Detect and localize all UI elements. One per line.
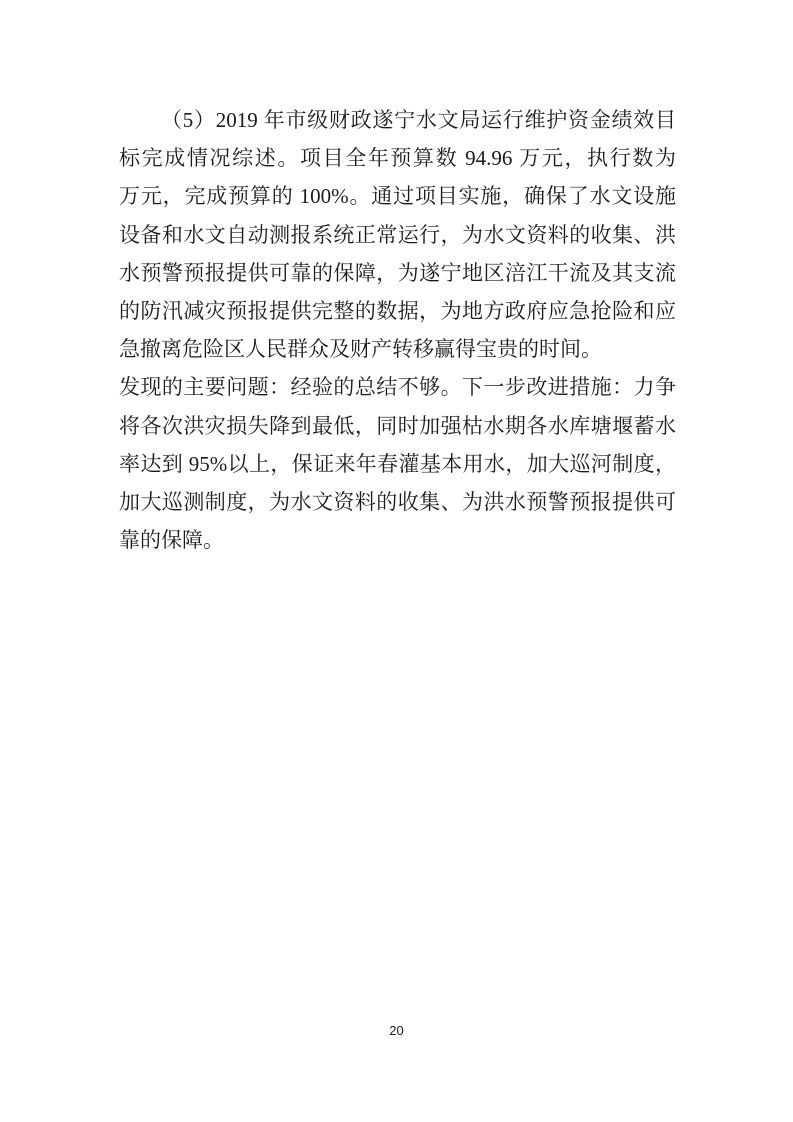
- text-line: 设备和水文自动测报系统正常运行，为水文资料的收集、洪: [119, 216, 676, 254]
- paragraph-problems-and-improvement-measures: 发现的主要问题：经验的总结不够。下一步改进措施：力争将各次洪灾损失降到最低，同时…: [119, 368, 676, 559]
- text-line: 标完成情况综述。项目全年预算数 94.96 万元，执行数为 94.96: [119, 139, 676, 177]
- page-number: 20: [389, 1023, 403, 1038]
- text-line: 急撤离危险区人民群众及财产转移赢得宝贵的时间。: [119, 330, 676, 368]
- text-line: 万元，完成预算的 100%。通过项目实施，确保了水文设施: [119, 177, 676, 215]
- document-page: （5）2019 年市级财政遂宁水文局运行维护资金绩效目标完成情况综述。项目全年预…: [0, 0, 793, 1122]
- text-line: 靠的保障。: [119, 521, 676, 559]
- text-line: 的防汛减灾预报提供完整的数据，为地方政府应急抢险和应: [119, 292, 676, 330]
- text-line: 率达到 95%以上，保证来年春灌基本用水，加大巡河制度，: [119, 445, 676, 483]
- text-line: 将各次洪灾损失降到最低，同时加强枯水期各水库塘堰蓄水: [119, 407, 676, 445]
- paragraph-budget-performance-summary: （5）2019 年市级财政遂宁水文局运行维护资金绩效目标完成情况综述。项目全年预…: [119, 101, 676, 368]
- document-body: （5）2019 年市级财政遂宁水文局运行维护资金绩效目标完成情况综述。项目全年预…: [119, 101, 676, 559]
- text-line: 发现的主要问题：经验的总结不够。下一步改进措施：力争: [119, 368, 676, 406]
- text-line: 加大巡测制度，为水文资料的收集、为洪水预警预报提供可: [119, 483, 676, 521]
- text-line: （5）2019 年市级财政遂宁水文局运行维护资金绩效目: [119, 101, 676, 139]
- text-line: 水预警预报提供可靠的保障，为遂宁地区涪江干流及其支流: [119, 254, 676, 292]
- page-footer: 20: [0, 1022, 793, 1040]
